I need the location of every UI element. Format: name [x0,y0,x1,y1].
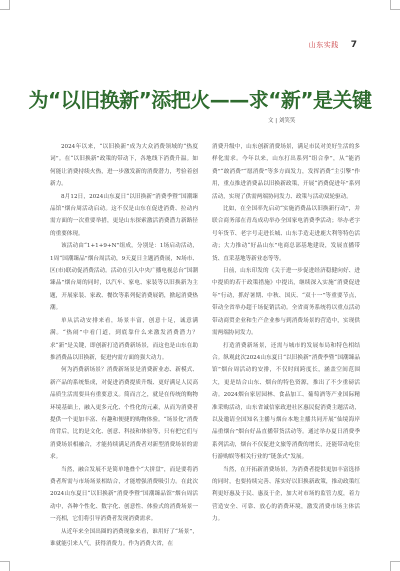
paragraph: 当然，融合发展不是简单地叠个“大拼盘”，而是要将消费者所需与市场场景相结合，才能… [50,464,198,526]
article-byline: 文 | 刘笑笑 [268,116,295,124]
crop-mark-top-right [390,0,400,10]
crop-mark-top-left [0,0,10,10]
page-number: 7 [351,40,357,50]
paragraph: 比如，在全国率先启动“实施消费品以旧换新行动”，并联合商务部在青岛成功举办全国家… [212,203,360,265]
crop-mark-bottom-left [0,561,10,571]
paragraph: 2024年以来，“以旧换新”成为大众消费领域的“热度词”。在“以旧换新”政策的带… [50,141,198,191]
page-header: 山东实践 7 [309,40,357,50]
section-name: 山东实践 [309,40,339,50]
article-body: 2024年以来，“以旧换新”成为大众消费领域的“热度词”。在“以旧换新”政策的带… [50,141,360,550]
paragraph: 打造消费新场景，还需与城市的发展布局和特色相结合。纵观此次2024山东夏日“以旧… [212,340,360,464]
right-column: 消费升级中，山东创新消费场景，满足市民对美好生活的多样化需求。今年以来，山东打出… [212,141,360,550]
paragraph: 8月12日，2024山东夏日“以旧换新”消费季暨“国潮臻品馆”烟台周活动启动。这… [50,191,198,241]
paragraph: 该活动由“1+1+9+N”组成，分别是：1场启动活动，1周“国潮臻品”烟台周活动… [50,240,198,314]
paragraph: 从近年来全国出圈的消费现象来看，谁用好了“场景”，谁就能引来人气，获得消费力。作… [50,526,198,551]
crop-mark-bottom-right [390,561,400,571]
paragraph: 日前，山东印发的《关于进一步促进经济稳健向好、进中提质的若干政策措施》中提出，继… [212,265,360,339]
article-title: 为“以旧换新”添把火——求“新”是关键 [0,84,400,113]
paragraph: 消费升级中，山东创新消费场景，满足市民对美好生活的多样化需求。今年以来，山东打出… [212,141,360,203]
paragraph: 单从活动安排来看，场景丰富，创意十足，诚意满满。“热闹”中看门道，到底靠什么来激… [50,315,198,365]
paragraph: 何为消费新场景？消费新场景是消费新业态、新模式、新产品的系统集成，对促进消费提质… [50,364,198,463]
left-column: 2024年以来，“以旧换新”成为大众消费领域的“热度词”。在“以旧换新”政策的带… [50,141,198,550]
paragraph: 当然，在开拓新消费场景，为消费者提供更加丰富选择的同时，也要持续完善、落实好以旧… [212,464,360,526]
